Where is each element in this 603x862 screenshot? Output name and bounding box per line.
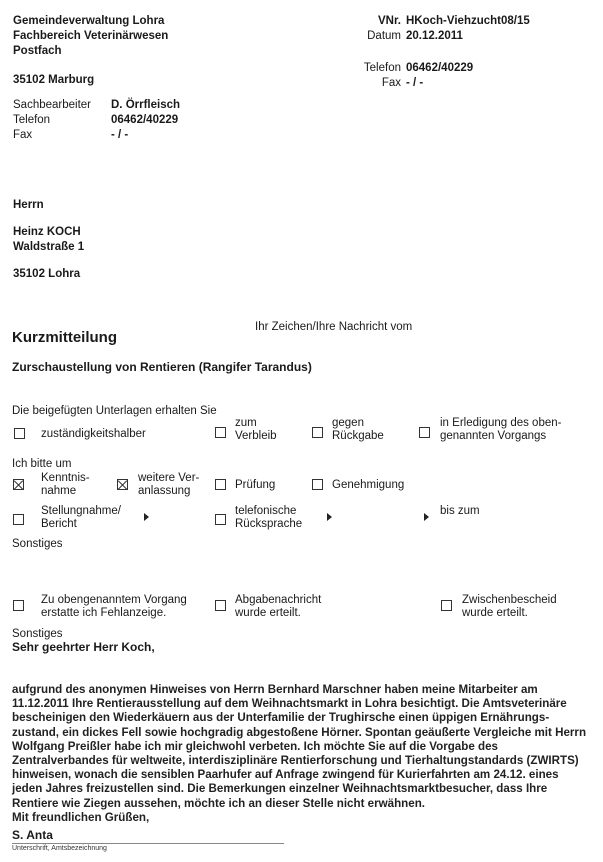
recipient-street: Waldstraße 1 — [13, 240, 84, 255]
date-value: 20.12.2011 — [406, 29, 463, 44]
vnr-row: VNr. HKoch-Viehzucht08/15 — [340, 14, 530, 29]
checkbox-fehlanzeige[interactable] — [13, 600, 24, 611]
checkbox-genehmigung[interactable] — [312, 479, 323, 490]
clerk-value: D. Örrfleisch — [111, 98, 180, 113]
checkbox-stellungnahme[interactable] — [13, 514, 24, 525]
checkbox-label: Genehmigung — [332, 479, 404, 492]
subject-line: Zurschaustellung von Rentieren (Rangifer… — [12, 360, 312, 374]
checkbox-zustaendigkeitshalber[interactable] — [14, 428, 25, 439]
phone-row: Telefon 06462/40229 — [13, 113, 180, 128]
other-label: Sonstiges — [12, 537, 63, 551]
fax-row: Fax - / - — [13, 128, 180, 143]
reference-block: VNr. HKoch-Viehzucht08/15 Datum 20.12.20… — [340, 14, 530, 91]
arrow-right-icon — [424, 513, 429, 521]
recipient-salutation: Herrn — [13, 198, 84, 213]
clerk-label: Sachbearbeiter — [13, 98, 111, 113]
checkbox-kenntnisnahme[interactable] — [13, 479, 24, 490]
checkbox-label: Zu obengenanntem Vorgang erstatte ich Fe… — [41, 594, 187, 620]
checkbox-zum-verbleib[interactable] — [215, 427, 226, 438]
signature-line — [12, 843, 284, 844]
letter-closing: Mit freundlichen Grüßen, — [12, 811, 592, 825]
checkbox-telefonische-ruecksprache[interactable] — [215, 514, 226, 525]
signature-name: S. Anta — [12, 828, 53, 842]
letter-body-text: aufgrund des anonymen Hinweises von Herr… — [12, 683, 592, 811]
request-heading: Ich bitte um — [12, 457, 71, 471]
sender-line: Gemeindeverwaltung Lohra — [13, 14, 168, 29]
ref-fax-label: Fax — [340, 76, 406, 91]
ref-fax-value: - / - — [406, 76, 423, 91]
fax-label: Fax — [13, 128, 111, 143]
sender-city: 35102 Marburg — [13, 73, 168, 88]
arrow-right-icon — [327, 513, 332, 521]
fax-value: - / - — [111, 128, 128, 143]
checkbox-gegen-rueckgabe[interactable] — [312, 427, 323, 438]
ref-phone-value: 06462/40229 — [406, 61, 473, 76]
ref-phone-row: Telefon 06462/40229 — [340, 61, 530, 76]
ref-fax-row: Fax - / - — [340, 76, 530, 91]
letter-greeting: Sehr geehrter Herr Koch, — [12, 640, 155, 655]
document-title: Kurzmitteilung — [12, 329, 117, 346]
arrow-right-icon — [144, 513, 149, 521]
checkbox-label: zuständigkeitshalber — [41, 428, 146, 441]
contact-block: Sachbearbeiter D. Örrfleisch Telefon 064… — [13, 98, 180, 143]
checkbox-zwischenbescheid[interactable] — [441, 600, 452, 611]
checkbox-label: zum Verbleib — [235, 417, 277, 443]
sender-line: Postfach — [13, 44, 168, 59]
checkbox-label: weitere Ver- anlassung — [138, 472, 199, 498]
checkbox-label: telefonische Rücksprache — [235, 505, 302, 531]
recipient-city: 35102 Lohra — [13, 267, 84, 282]
phone-label: Telefon — [13, 113, 111, 128]
ref-phone-label: Telefon — [340, 61, 406, 76]
checkbox-label: gegen Rückgabe — [332, 417, 384, 443]
checkbox-in-erledigung[interactable] — [419, 427, 430, 438]
documents-heading: Die beigefügten Unterlagen erhalten Sie — [12, 404, 217, 418]
checkbox-weitere-veranlassung[interactable] — [117, 479, 128, 490]
sender-line: Fachbereich Veterinärwesen — [13, 29, 168, 44]
letter-body: aufgrund des anonymen Hinweises von Herr… — [12, 683, 592, 825]
other-label: Sonstiges — [12, 627, 63, 641]
checkbox-label: in Erledigung des oben- genannten Vorgan… — [440, 417, 561, 443]
recipient-name: Heinz KOCH — [13, 225, 84, 240]
date-row: Datum 20.12.2011 — [340, 29, 530, 44]
checkbox-pruefung[interactable] — [215, 479, 226, 490]
date-label: Datum — [340, 29, 406, 44]
vnr-value: HKoch-Viehzucht08/15 — [406, 14, 530, 29]
checkbox-label: Zwischenbescheid wurde erteilt. — [462, 594, 557, 620]
sender-address: Gemeindeverwaltung Lohra Fachbereich Vet… — [13, 14, 168, 88]
checkbox-abgabenachricht[interactable] — [215, 600, 226, 611]
reference-label: Ihr Zeichen/Ihre Nachricht vom — [255, 321, 412, 333]
clerk-row: Sachbearbeiter D. Örrfleisch — [13, 98, 180, 113]
recipient-address: Herrn Heinz KOCH Waldstraße 1 35102 Lohr… — [13, 198, 84, 282]
checkbox-label: Stellungnahme/ Bericht — [41, 505, 121, 531]
checkbox-label: Prüfung — [235, 479, 275, 492]
until-label: bis zum — [440, 505, 480, 518]
phone-value: 06462/40229 — [111, 113, 178, 128]
checkbox-label: Abgabenachricht wurde erteilt. — [235, 594, 321, 620]
checkbox-label: Kenntnis- nahme — [41, 472, 90, 498]
signature-caption: Unterschrift, Amtsbezeichnung — [12, 845, 107, 852]
vnr-label: VNr. — [340, 14, 406, 29]
